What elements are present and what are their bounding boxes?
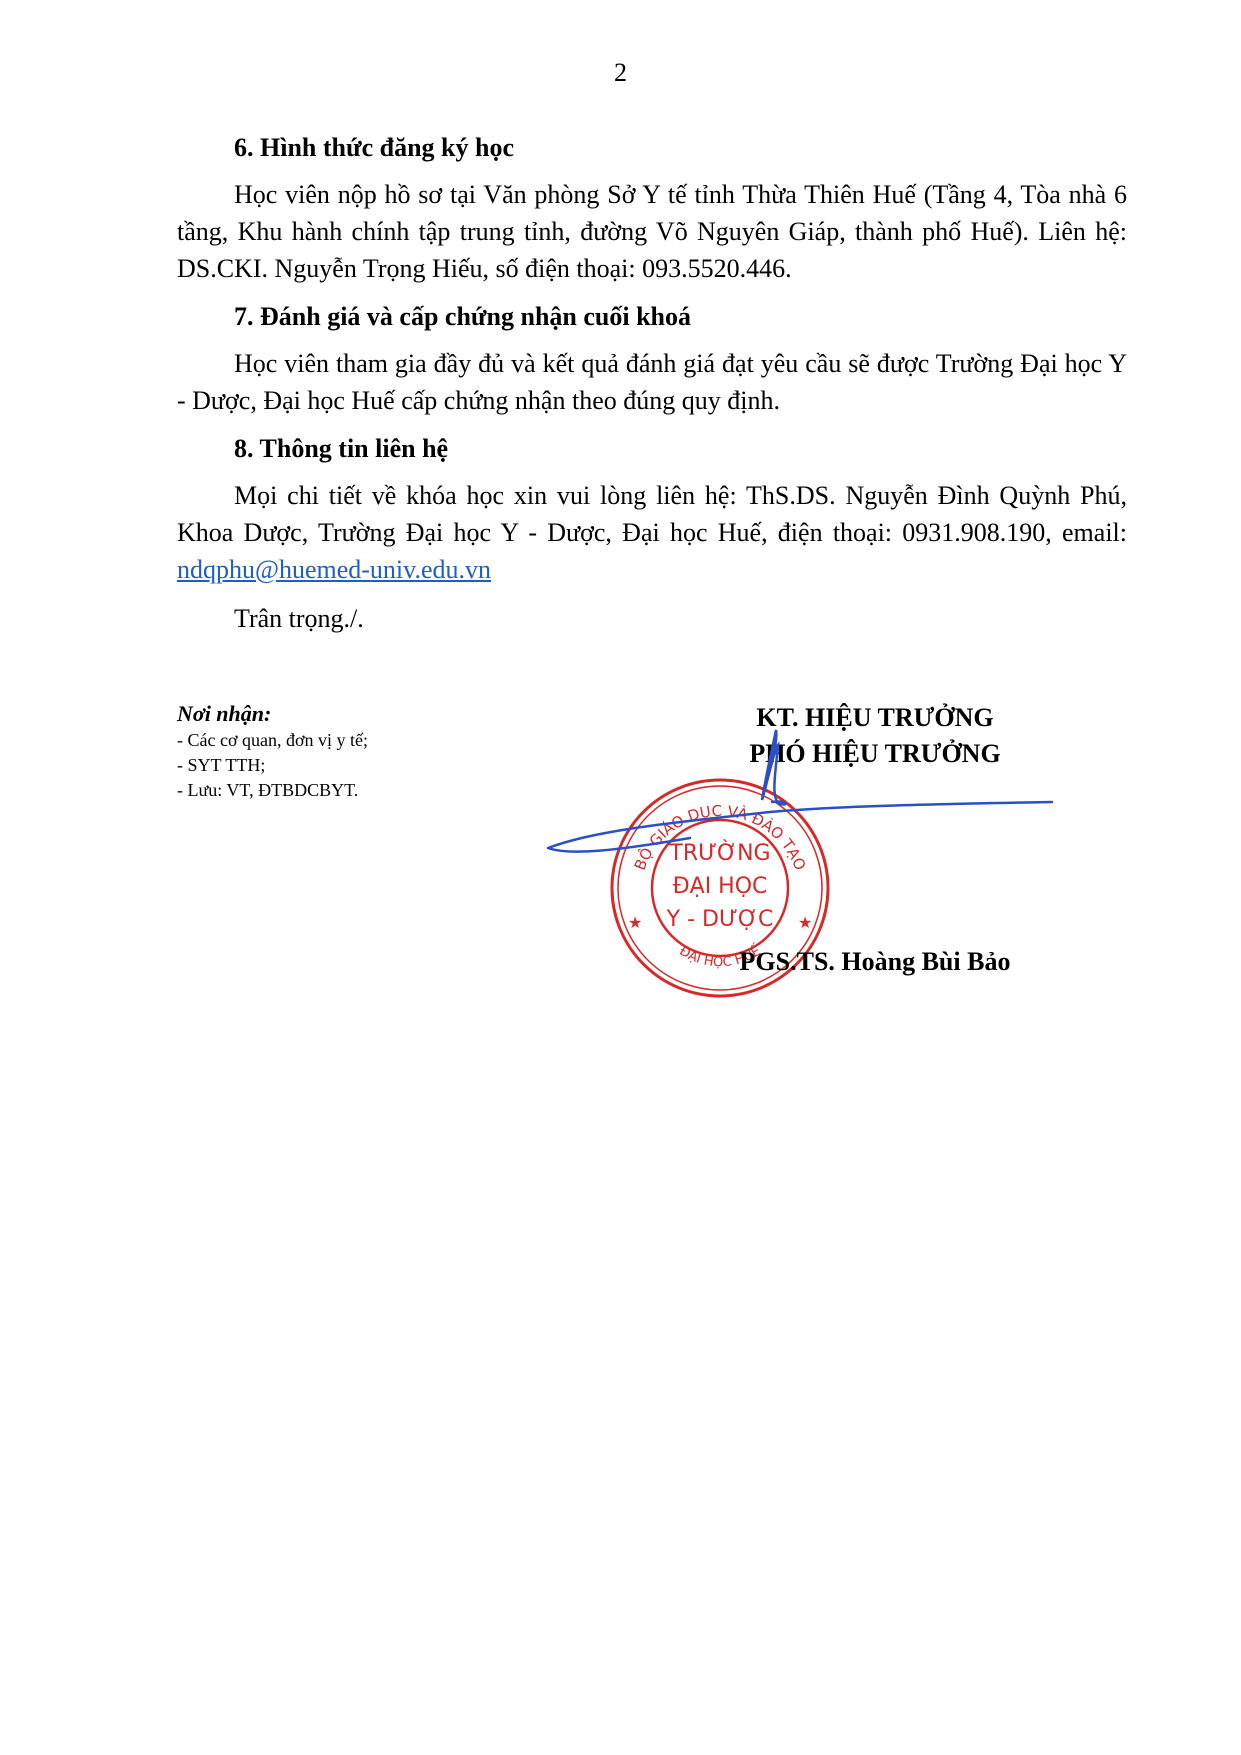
svg-text:★: ★ <box>628 913 642 932</box>
closing-text: Trân trọng./. <box>177 600 1127 637</box>
stamp-line-2: ĐẠI HỌC <box>673 874 768 899</box>
page-number: 2 <box>0 58 1241 88</box>
signatory-name: PGS.TS. Hoàng Bùi Bảo <box>660 944 1090 980</box>
section-heading-registration: 6. Hình thức đăng ký học <box>177 130 1127 166</box>
recipient-item: - Các cơ quan, đơn vị y tế; <box>177 728 597 753</box>
email-link[interactable]: ndqphu@huemed-univ.edu.vn <box>177 555 491 584</box>
handwritten-signature-icon <box>540 720 1060 860</box>
recipient-item: - Lưu: VT, ĐTBDCBYT. <box>177 778 597 803</box>
section-heading-evaluation: 7. Đánh giá và cấp chứng nhận cuối khoá <box>177 299 1127 335</box>
contact-text: Mọi chi tiết về khóa học xin vui lòng li… <box>177 481 1127 547</box>
recipient-item: - SYT TTH; <box>177 753 597 778</box>
recipients-block: Nơi nhận: - Các cơ quan, đơn vị y tế; - … <box>177 700 597 803</box>
section-heading-contact: 8. Thông tin liên hệ <box>177 431 1127 467</box>
section-paragraph-contact: Mọi chi tiết về khóa học xin vui lòng li… <box>177 477 1127 588</box>
svg-text:★: ★ <box>798 913 812 932</box>
recipients-title: Nơi nhận: <box>177 700 597 728</box>
document-body: 6. Hình thức đăng ký học Học viên nộp hồ… <box>177 130 1127 637</box>
section-paragraph-evaluation: Học viên tham gia đầy đủ và kết quả đánh… <box>177 345 1127 419</box>
stamp-line-3: Y - DƯỢC <box>666 907 774 932</box>
section-paragraph-registration: Học viên nộp hồ sơ tại Văn phòng Sở Y tế… <box>177 176 1127 287</box>
